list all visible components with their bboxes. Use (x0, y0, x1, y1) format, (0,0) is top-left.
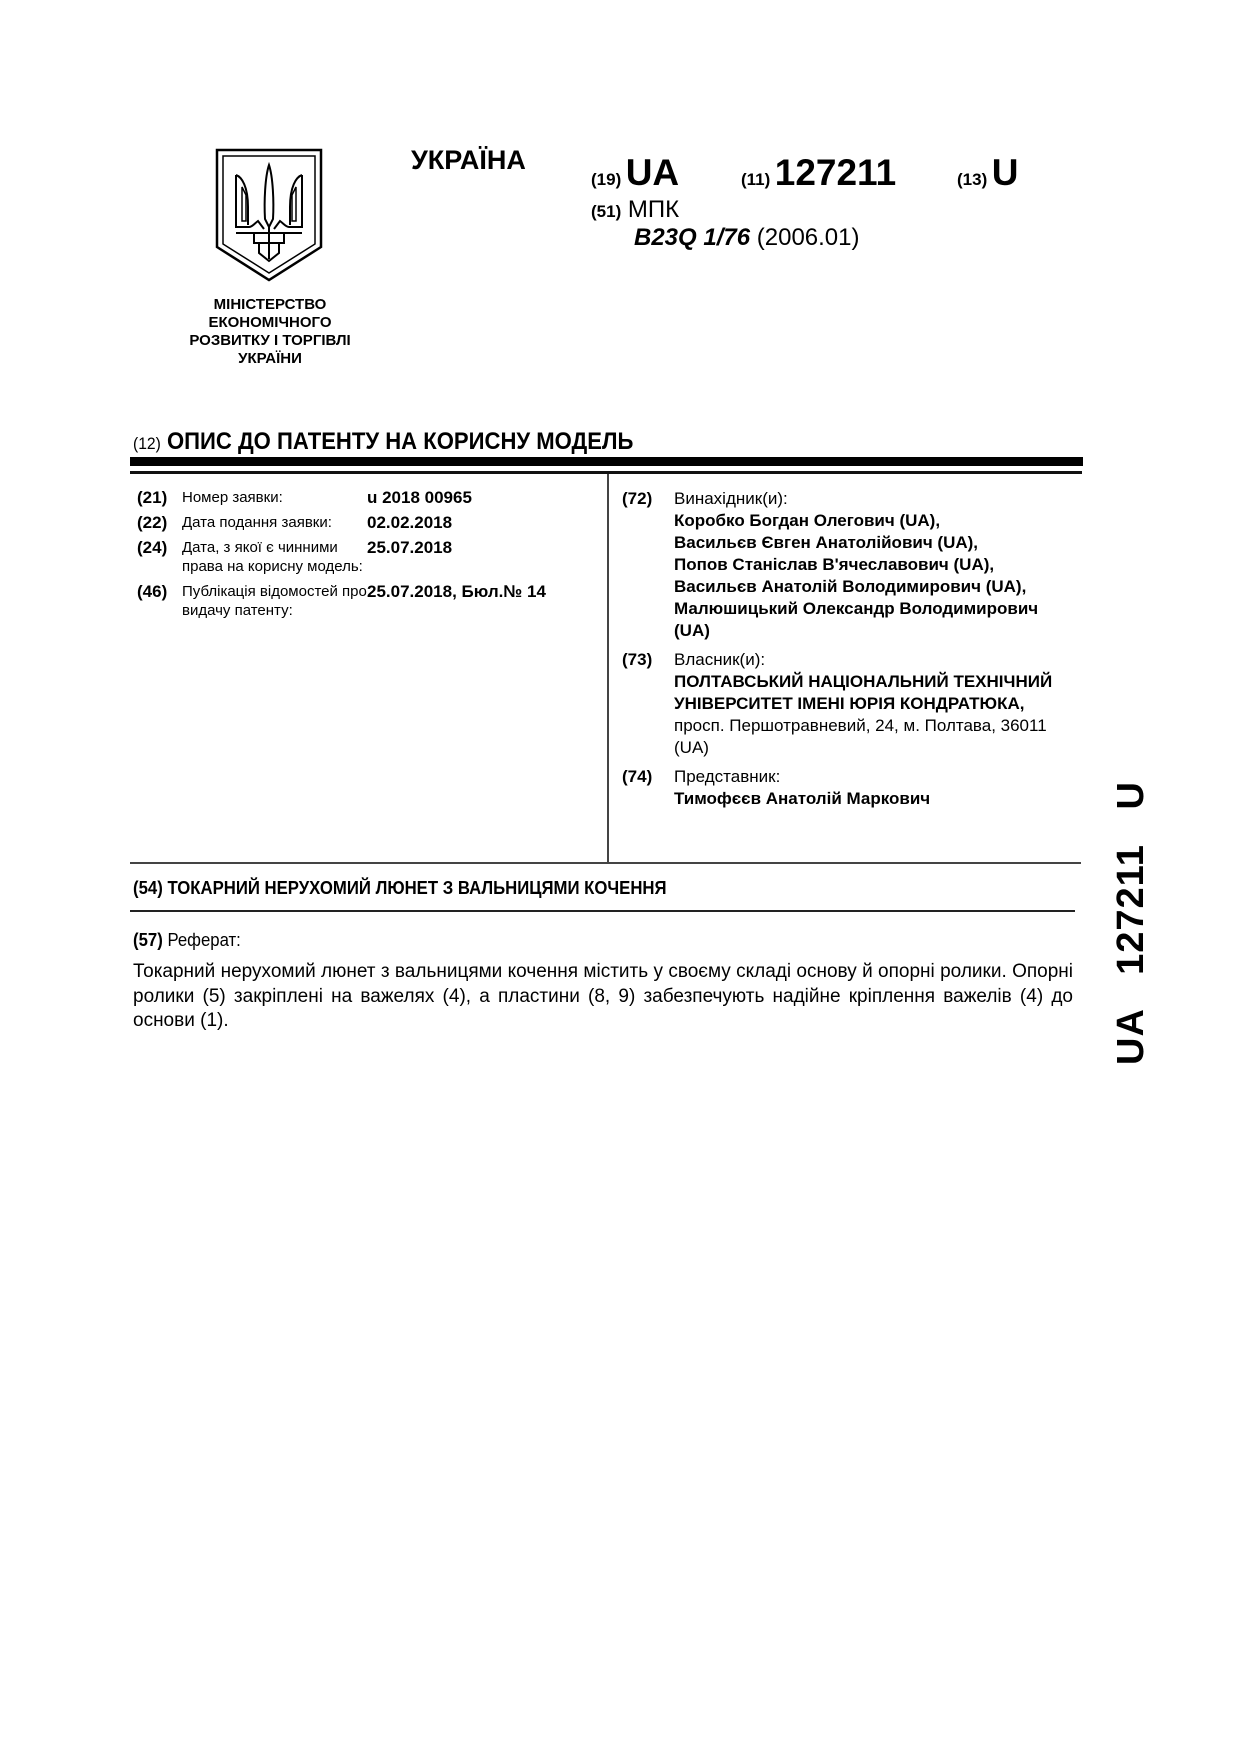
bib-label: Дата, з якої є чинними права на корисну … (182, 538, 367, 576)
code-13-value: U (992, 152, 1019, 193)
code-54-label: (54) (133, 878, 163, 898)
bib-code: (24) (137, 538, 182, 576)
bib-label: Публікація відомостей про видачу патенту… (182, 582, 367, 620)
representative-section: (74) Представник: Тимофєєв Анатолій Марк… (622, 766, 1082, 810)
bib-label: Дата подання заявки: (182, 513, 367, 532)
bib-value: 25.07.2018 (367, 538, 452, 576)
owner-name: ПОЛТАВСЬКИЙ НАЦІОНАЛЬНИЙ ТЕХНІЧНИЙ УНІВЕ… (674, 671, 1074, 715)
divider-thin (130, 471, 1082, 474)
code-19-label: (19) (591, 170, 621, 189)
bib-row-24: (24) Дата, з якої є чинними права на кор… (137, 538, 597, 576)
invention-title: (54) ТОКАРНИЙ НЕРУХОМИЙ ЛЮНЕТ З ВАЛЬНИЦЯ… (133, 878, 667, 899)
ministry-line: МІНІСТЕРСТВО (165, 296, 375, 314)
column-divider (607, 474, 609, 864)
bib-value: 02.02.2018 (367, 513, 452, 532)
inventor-name: Васильєв Євген Анатолійович (UA), (674, 532, 1074, 554)
code-51-label: (51) (591, 202, 621, 221)
document-kind: (13) U (957, 152, 1018, 194)
ministry-line: РОЗВИТКУ І ТОРГІВЛІ (165, 332, 375, 350)
coat-of-arms-icon (214, 147, 324, 283)
bib-row-22: (22) Дата подання заявки: 02.02.2018 (137, 513, 597, 532)
divider-thick (130, 457, 1083, 466)
code-72-label: (72) (622, 488, 674, 642)
bib-row-46: (46) Публікація відомостей про видачу па… (137, 582, 597, 620)
country-code: (19) UA (591, 152, 679, 194)
document-title-text: ОПИС ДО ПАТЕНТУ НА КОРИСНУ МОДЕЛЬ (167, 428, 633, 455)
inventor-name: Васильєв Анатолій Володимирович (UA), (674, 576, 1074, 598)
inventors-section: (72) Винахідник(и): Коробко Богдан Олего… (622, 488, 1082, 642)
abstract-label: Реферат: (167, 930, 240, 950)
code-11-label: (11) (741, 170, 770, 189)
document-title: (12) ОПИС ДО ПАТЕНТУ НА КОРИСНУ МОДЕЛЬ (133, 428, 633, 456)
bib-label: Номер заявки: (182, 488, 367, 507)
parties-data: (72) Винахідник(и): Коробко Богдан Олего… (622, 488, 1082, 817)
code-74-label: (74) (622, 766, 674, 810)
patent-number: (11) 127211 (741, 152, 896, 194)
inventor-name: Попов Станіслав В'ячеславович (UA), (674, 554, 1074, 576)
representative-label: Представник: (674, 766, 1074, 788)
divider (130, 862, 1081, 864)
ipc-classification: B23Q 1/76 (2006.01) (634, 224, 860, 252)
ministry-line: УКРАЇНИ (165, 350, 375, 368)
code-13-label: (13) (957, 170, 987, 189)
divider (130, 910, 1075, 912)
bib-code: (46) (137, 582, 182, 620)
code-73-label: (73) (622, 649, 674, 759)
code-19-value: UA (626, 152, 679, 193)
ministry-line: ЕКОНОМІЧНОГО (165, 314, 375, 332)
bib-row-21: (21) Номер заявки: u 2018 00965 (137, 488, 597, 507)
code-11-value: 127211 (775, 152, 896, 193)
bib-code: (21) (137, 488, 182, 507)
ipc-version: (2006.01) (757, 224, 860, 251)
side-patent-code: UA 127211 U (1110, 781, 1153, 1065)
inventor-name: Малюшицький Олександр Володимирович (UA) (674, 598, 1074, 642)
code-12-label: (12) (133, 434, 161, 453)
code-51-value: МПК (628, 196, 679, 223)
code-57-label: (57) (133, 930, 163, 950)
bib-code: (22) (137, 513, 182, 532)
owner-label: Власник(и): (674, 649, 1074, 671)
bib-value: 25.07.2018, Бюл.№ 14 (367, 582, 546, 620)
invention-title-text: ТОКАРНИЙ НЕРУХОМИЙ ЛЮНЕТ З ВАЛЬНИЦЯМИ КО… (167, 878, 666, 898)
ipc-class: B23Q 1/76 (634, 224, 750, 251)
owner-section: (73) Власник(и): ПОЛТАВСЬКИЙ НАЦІОНАЛЬНИ… (622, 649, 1082, 759)
inventor-name: Коробко Богдан Олегович (UA), (674, 510, 1074, 532)
abstract-text: Токарний нерухомий люнет з вальницями ко… (133, 960, 1073, 1034)
bib-value: u 2018 00965 (367, 488, 472, 507)
bibliographic-data: (21) Номер заявки: u 2018 00965 (22) Дат… (137, 488, 597, 626)
inventors-label: Винахідник(и): (674, 488, 1074, 510)
country-name: УКРАЇНА (411, 145, 526, 176)
abstract-heading: (57) Реферат: (133, 930, 241, 951)
owner-address: просп. Першотравневий, 24, м. Полтава, 3… (674, 715, 1074, 759)
ministry-name: МІНІСТЕРСТВО ЕКОНОМІЧНОГО РОЗВИТКУ І ТОР… (165, 296, 375, 368)
ipc-heading: (51) МПК (591, 196, 679, 224)
representative-name: Тимофєєв Анатолій Маркович (674, 788, 1074, 810)
